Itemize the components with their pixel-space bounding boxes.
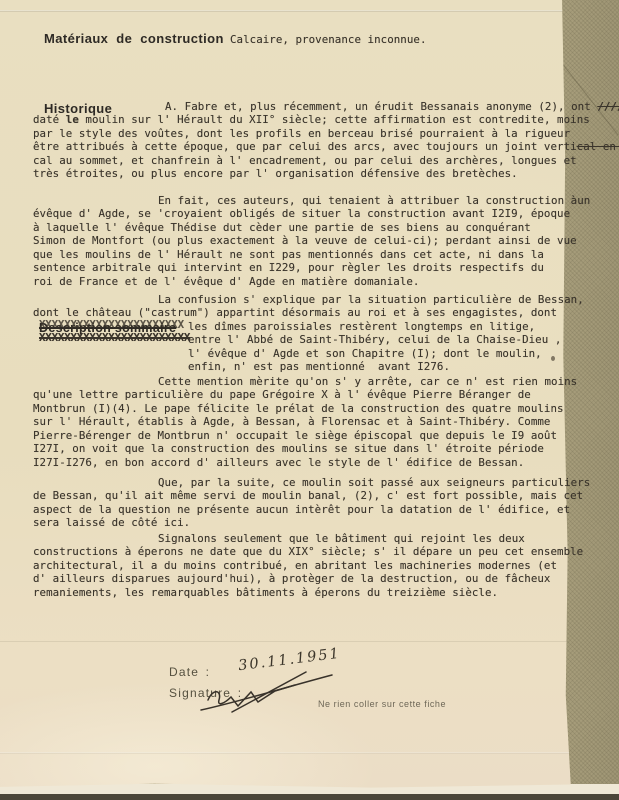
crossed-label-overlay-x: XXXXXXXXXXXXXXXXXXXXXXX [39, 318, 184, 331]
do-not-glue-note: Ne rien coller sur cette fiche [318, 699, 446, 709]
text-line: sur l' Hérault, établis à Agde, à Bessan… [33, 415, 577, 428]
paragraph-bishop-attribution: En fait, ces auteurs, qui tenaient à att… [33, 194, 590, 288]
text-line: sera laissé de côté ici. [33, 516, 590, 529]
materials-value: Calcaire, provenance inconnue. [230, 33, 427, 46]
text-line: daté le moulin sur l' Hérault du XII° si… [33, 113, 619, 126]
paper-crease-bottom [0, 752, 619, 754]
text-line: Que, par la suite, ce moulin soit passé … [33, 476, 590, 489]
text-line: cal au sommet, et chanfrein à l' encadre… [33, 154, 619, 167]
text-line: Montbrun (I)(4). Le pape félicite le pré… [33, 402, 577, 415]
text-line: être attribués à cette époque, que par c… [33, 140, 619, 153]
text-line: très étroites, ou plus encore par l' org… [33, 167, 619, 180]
materials-label: Matériaux de construction [44, 31, 224, 46]
text-line: A. Fabre et, plus récemment, un érudit B… [33, 100, 619, 113]
paragraph-pope-letter: Cette mention mèrite qu'on s' y arrête, … [33, 375, 577, 469]
text-line: enfin, n' est pas mentionné avant I276. [188, 360, 561, 373]
text-line: les dîmes paroissiales restèrent longtem… [188, 320, 561, 333]
paragraph-19th-century-building: Signalons seulement que le bâtiment qui … [33, 532, 583, 599]
text-line: La confusion s' explique par la situatio… [33, 293, 584, 306]
text-line: Simon de Montfort (ou plus exactement à … [33, 234, 590, 247]
paragraph-dating-dispute: A. Fabre et, plus récemment, un érudit B… [33, 100, 619, 181]
text-line: constructions à éperons ne date que du X… [33, 545, 583, 558]
paragraph-confusion-wrapped: les dîmes paroissiales restèrent longtem… [188, 320, 561, 374]
scanned-document-page: Matériaux de construction Calcaire, prov… [0, 0, 619, 800]
text-line: Cette mention mèrite qu'on s' y arrête, … [33, 375, 577, 388]
text-line: En fait, ces auteurs, qui tenaient à att… [33, 194, 590, 207]
crossed-label-x-row: XXXXXXXXXXXXXXXXXXXXXXXX [39, 331, 190, 344]
text-line: architectural, il a du moins contribué, … [33, 559, 583, 572]
text-line: à laquelle l' évêque Thédise dut cèder u… [33, 221, 590, 234]
text-line: de Bessan, qu'il ait même servi de mouli… [33, 489, 590, 502]
text-line: l' évêque d' Agde et son Chapitre (I); d… [188, 347, 561, 360]
paragraph-later-owners: Que, par la suite, ce moulin soit passé … [33, 476, 590, 530]
text-line: Pierre-Bérenger de Montbrun n' occupait … [33, 429, 577, 442]
text-line: que les moulins de l' Hérault ne sont pa… [33, 248, 590, 261]
text-line: qu'une lettre particulière du pape Grégo… [33, 388, 577, 401]
text-line: roi de France et de l' évêque d' Agde en… [33, 275, 590, 288]
paragraph-confusion-intro: La confusion s' explique par la situatio… [33, 293, 584, 320]
scan-bottom-edge-dark [0, 794, 619, 800]
text-line: sentence arbitrale qui intervint en I229… [33, 261, 590, 274]
crossed-out-label: Description sommaire XXXXXXXXXXXXXXXXXXX… [39, 317, 209, 336]
paper-crease-middle [0, 641, 619, 642]
text-line: I27I, on voit que la construction des mo… [33, 442, 577, 455]
paper-crease-top [0, 10, 619, 12]
text-line: par le style des voûtes, dont les profil… [33, 127, 619, 140]
text-line: évêque d' Agde, se 'croyaient obligés de… [33, 207, 590, 220]
text-line: I27I-I276, en bon accord d' ailleurs ave… [33, 456, 577, 469]
text-line: entre l' Abbé de Saint-Thibéry, celui de… [188, 333, 561, 346]
text-line: Signalons seulement que le bâtiment qui … [33, 532, 583, 545]
text-line: aspect de la question ne présente aucun … [33, 503, 590, 516]
text-line: remaniements, les remarquables bâtiments… [33, 586, 583, 599]
text-line: d' ailleurs disparues aujourd'hui), à pr… [33, 572, 583, 585]
